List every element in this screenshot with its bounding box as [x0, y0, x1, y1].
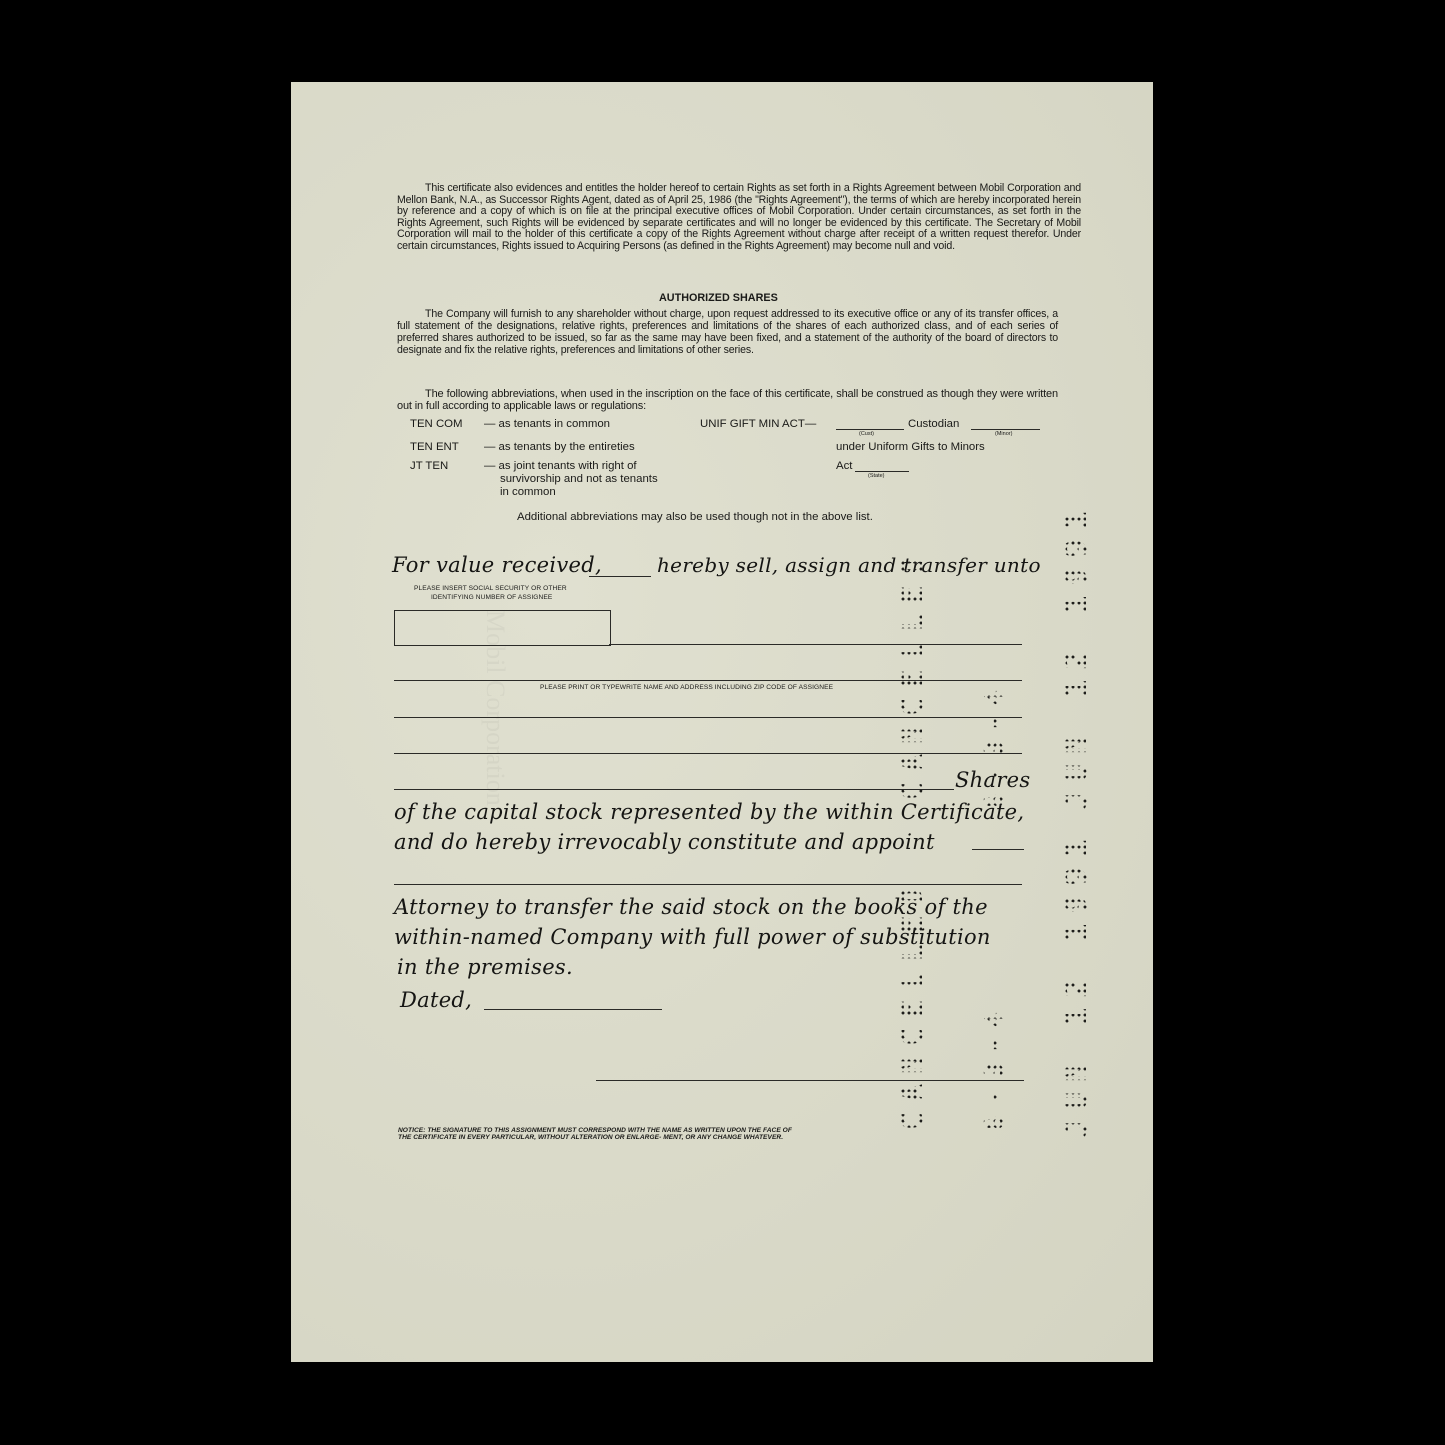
act-label: Act: [836, 460, 852, 472]
sell-assign-transfer-text: hereby sell, assign and transfer unto: [657, 553, 1041, 577]
capital-stock-text: of the capital stock represented by the …: [394, 800, 1024, 824]
uniform-gifts-text: under Uniform Gifts to Minors: [836, 441, 985, 453]
abbr-jt-ten-code: JT TEN: [410, 460, 448, 472]
state-blank: [855, 471, 909, 472]
perforation-cancelled-top: CANCELLED: [898, 600, 928, 800]
perforation-date-bottom: JUN 12 1991: [1062, 928, 1092, 1138]
for-value-received-text: For value received,: [392, 553, 602, 577]
cust-caption: (Cust): [859, 431, 874, 437]
ssn-input-box[interactable]: [394, 610, 611, 646]
premises-text: in the premises.: [397, 955, 573, 979]
authorized-shares-paragraph: The Company will furnish to any sharehol…: [397, 309, 1058, 357]
unif-gift-label: UNIF GIFT MIN ACT—: [700, 418, 816, 430]
ssn-caption-line2: IDENTIFYING NUMBER OF ASSIGNEE: [431, 594, 552, 602]
authorized-shares-heading: AUTHORIZED SHARES: [659, 292, 778, 304]
shares-count-line[interactable]: [394, 789, 954, 790]
abbr-jt-ten-meaning-3: in common: [500, 486, 556, 498]
minor-blank: [971, 429, 1040, 430]
additional-abbreviations-note: Additional abbreviations may also be use…: [517, 511, 873, 523]
abbr-ten-com-code: TEN COM: [410, 418, 463, 430]
abbr-jt-ten-meaning-1: — as joint tenants with right of: [484, 460, 637, 472]
assignee-name-caption: PLEASE PRINT OR TYPEWRITE NAME AND ADDRE…: [540, 684, 833, 692]
certificate-back-page: [291, 82, 1153, 1362]
date-blank[interactable]: [484, 1009, 662, 1010]
assignor-blank: [589, 576, 651, 577]
minor-caption: (Minor): [995, 431, 1012, 437]
perforation-code-top: 8-3-4: [980, 608, 1010, 808]
attorney-blank-short[interactable]: [972, 849, 1024, 850]
abbr-ten-ent-meaning: — as tenants by the entireties: [484, 441, 635, 453]
rights-agreement-paragraph: This certificate also evidences and enti…: [397, 183, 1081, 253]
signature-line[interactable]: [596, 1080, 1024, 1081]
abbreviations-intro: The following abbreviations, when used i…: [397, 388, 1058, 412]
ssn-caption-line1: PLEASE INSERT SOCIAL SECURITY OR OTHER: [414, 585, 567, 593]
perforation-code-bottom: 8-3-4: [980, 940, 1010, 1130]
custodian-blank: [836, 429, 904, 430]
irrevocably-appoint-text: and do hereby irrevocably constitute and…: [394, 830, 935, 854]
dated-label: Dated,: [400, 988, 472, 1012]
abbr-ten-ent-code: TEN ENT: [410, 441, 459, 453]
assignee-line-1[interactable]: [609, 644, 1022, 645]
perforation-cancelled-bottom: CANCELLED: [898, 930, 928, 1130]
abbr-jt-ten-meaning-2: survivorship and not as tenants: [500, 473, 658, 485]
signature-notice: NOTICE: THE SIGNATURE TO THIS ASSIGNMENT…: [398, 1127, 793, 1142]
perforation-date-top: JUN 12 1991: [1062, 600, 1092, 810]
abbr-ten-com-meaning: — as tenants in common: [484, 418, 610, 430]
custodian-label: Custodian: [908, 418, 959, 430]
state-caption: (State): [868, 473, 885, 479]
